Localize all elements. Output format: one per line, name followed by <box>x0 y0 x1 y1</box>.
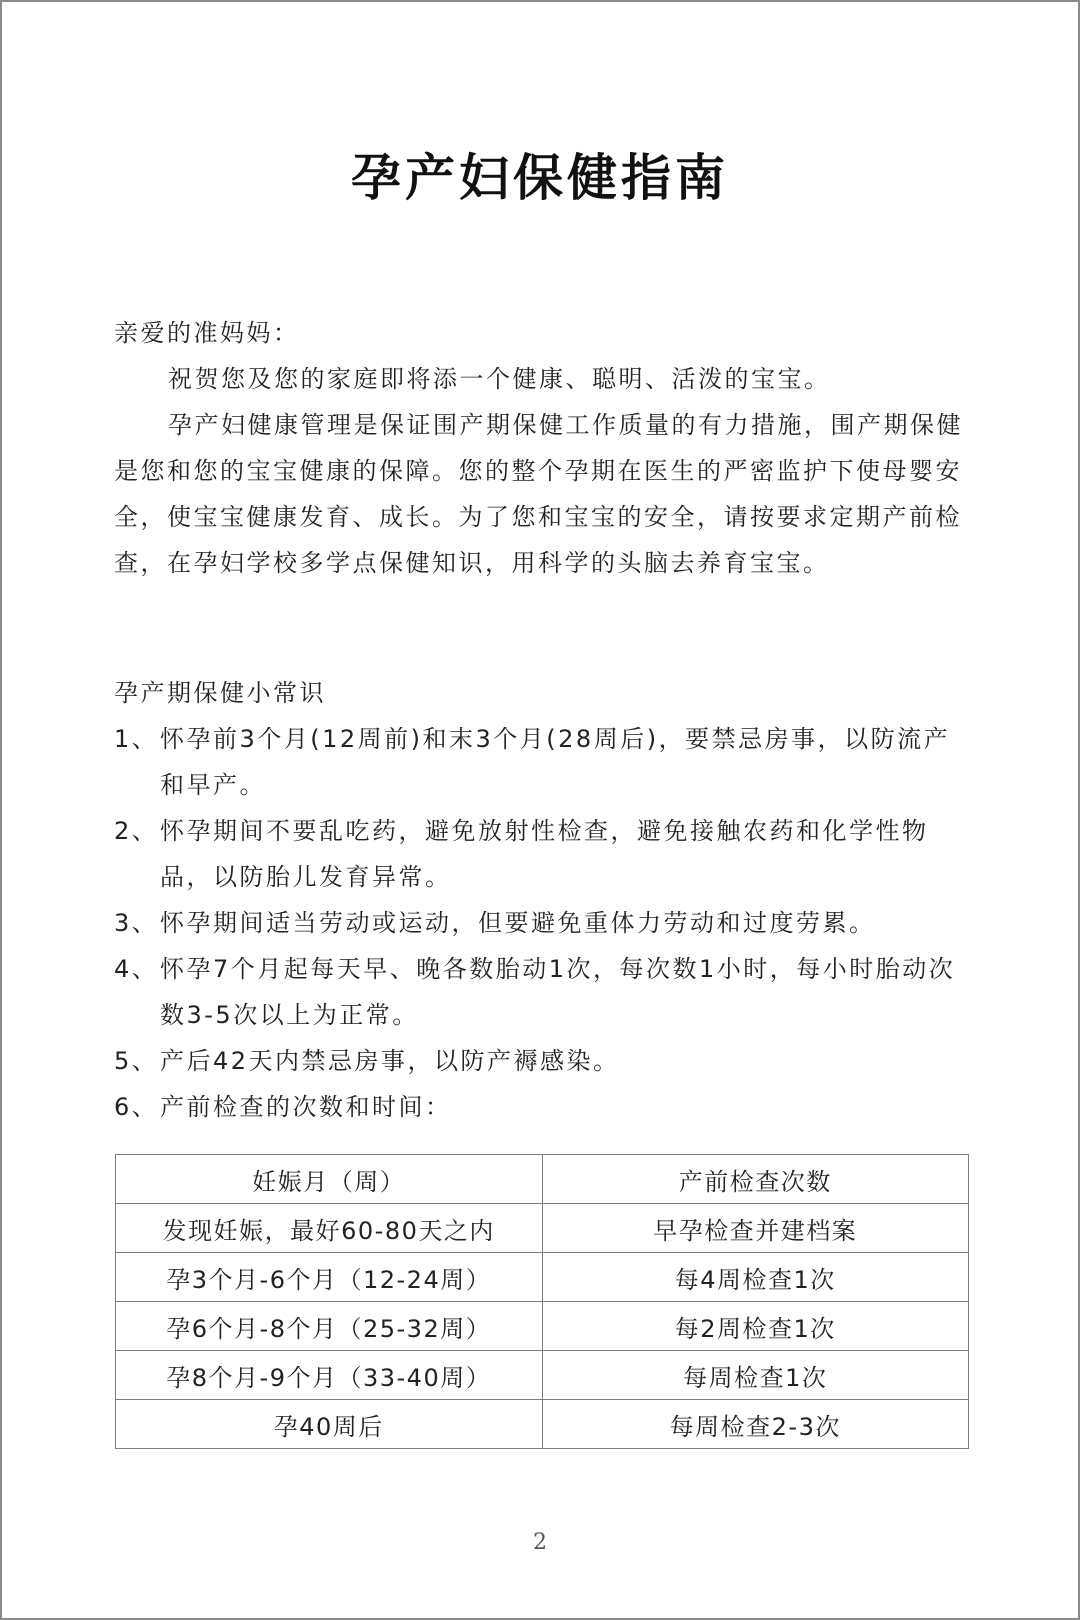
list-text: 怀孕7个月起每天早、晚各数胎动1次，每次数1小时，每小时胎动次数3-5次以上为正… <box>160 946 974 1038</box>
table-cell: 早孕检查并建档案 <box>542 1204 969 1253</box>
paragraph-congrats: 祝贺您及您的家庭即将添一个健康、聪明、活泼的宝宝。 <box>114 356 974 402</box>
list-number: 3、 <box>114 900 160 946</box>
table-cell: 发现妊娠，最好60-80天之内 <box>116 1204 543 1253</box>
document-page: 孕产妇保健指南 亲爱的准妈妈： 祝贺您及您的家庭即将添一个健康、聪明、活泼的宝宝… <box>0 0 1080 1620</box>
list-number: 5、 <box>114 1038 160 1084</box>
table-cell: 孕6个月-8个月（25-32周） <box>116 1302 543 1351</box>
table-cell: 每4周检查1次 <box>542 1253 969 1302</box>
list-number: 6、 <box>114 1084 160 1130</box>
table-cell: 每周检查2-3次 <box>542 1400 969 1449</box>
greeting: 亲爱的准妈妈： <box>114 310 974 356</box>
section-heading: 孕产期保健小常识 <box>114 670 326 716</box>
list-item: 3、怀孕期间适当劳动或运动，但要避免重体力劳动和过度劳累。 <box>114 900 974 946</box>
list-item: 2、怀孕期间不要乱吃药，避免放射性检查，避免接触农药和化学性物品，以防胎儿发育异… <box>114 808 974 900</box>
table-header-row: 妊娠月（周） 产前检查次数 <box>116 1155 969 1204</box>
table-cell: 孕8个月-9个月（33-40周） <box>116 1351 543 1400</box>
list-text: 怀孕期间不要乱吃药，避免放射性检查，避免接触农药和化学性物品，以防胎儿发育异常。 <box>160 808 974 900</box>
page-number: 2 <box>2 1530 1078 1555</box>
list-item: 5、产后42天内禁忌房事，以防产褥感染。 <box>114 1038 974 1084</box>
list-number: 1、 <box>114 716 160 808</box>
list-item: 6、产前检查的次数和时间： <box>114 1084 974 1130</box>
table-row: 发现妊娠，最好60-80天之内 早孕检查并建档案 <box>116 1204 969 1253</box>
paragraph-intro: 孕产妇健康管理是保证围产期保健工作质量的有力措施，围产期保健是您和您的宝宝健康的… <box>114 402 974 586</box>
list-number: 2、 <box>114 808 160 900</box>
letter-body: 亲爱的准妈妈： 祝贺您及您的家庭即将添一个健康、聪明、活泼的宝宝。 孕产妇健康管… <box>114 310 974 586</box>
list-item: 4、怀孕7个月起每天早、晚各数胎动1次，每次数1小时，每小时胎动次数3-5次以上… <box>114 946 974 1038</box>
table-row: 孕8个月-9个月（33-40周） 每周检查1次 <box>116 1351 969 1400</box>
table-cell: 孕3个月-6个月（12-24周） <box>116 1253 543 1302</box>
table-cell: 每周检查1次 <box>542 1351 969 1400</box>
column-header-checkup-frequency: 产前检查次数 <box>542 1155 969 1204</box>
table-row: 孕40周后 每周检查2-3次 <box>116 1400 969 1449</box>
list-text: 产前检查的次数和时间： <box>160 1084 974 1130</box>
list-number: 4、 <box>114 946 160 1038</box>
column-header-pregnancy-month: 妊娠月（周） <box>116 1155 543 1204</box>
list-item: 1、怀孕前3个月(12周前)和末3个月(28周后)，要禁忌房事，以防流产和早产。 <box>114 716 974 808</box>
list-text: 怀孕前3个月(12周前)和末3个月(28周后)，要禁忌房事，以防流产和早产。 <box>160 716 974 808</box>
table-cell: 孕40周后 <box>116 1400 543 1449</box>
tips-list: 1、怀孕前3个月(12周前)和末3个月(28周后)，要禁忌房事，以防流产和早产。… <box>114 716 974 1130</box>
table-row: 孕3个月-6个月（12-24周） 每4周检查1次 <box>116 1253 969 1302</box>
list-text: 产后42天内禁忌房事，以防产褥感染。 <box>160 1038 974 1084</box>
checkup-schedule-table: 妊娠月（周） 产前检查次数 发现妊娠，最好60-80天之内 早孕检查并建档案 孕… <box>115 1154 969 1449</box>
table-cell: 每2周检查1次 <box>542 1302 969 1351</box>
table-row: 孕6个月-8个月（25-32周） 每2周检查1次 <box>116 1302 969 1351</box>
list-text: 怀孕期间适当劳动或运动，但要避免重体力劳动和过度劳累。 <box>160 900 974 946</box>
page-title: 孕产妇保健指南 <box>2 148 1078 208</box>
